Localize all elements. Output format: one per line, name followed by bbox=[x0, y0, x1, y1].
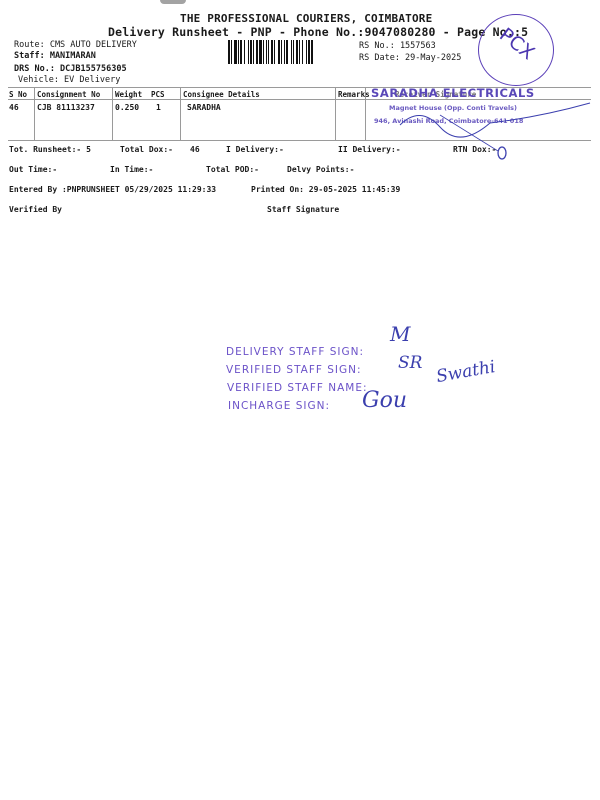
in-time: In Time:- bbox=[110, 165, 153, 174]
verified-staff-signature: SR bbox=[398, 353, 422, 373]
rs-date: RS Date: 29-May-2025 bbox=[359, 53, 461, 63]
total-pod: Total POD:- bbox=[206, 165, 259, 174]
verified-by: Verified By bbox=[9, 205, 62, 214]
col-header-remarks: Remarks bbox=[338, 90, 370, 99]
verified-staff-name-label: VERIFIED STAFF NAME: bbox=[227, 382, 368, 394]
tot-runsheet: Tot. Runsheet:- 5 bbox=[9, 145, 91, 154]
total-dox-label: Total Dox:- bbox=[120, 145, 173, 154]
col-divider bbox=[180, 87, 181, 140]
vehicle-label: Vehicle: EV Delivery bbox=[18, 75, 120, 85]
rtn-dox-handwritten-zero bbox=[494, 140, 510, 162]
out-time: Out Time:- bbox=[9, 165, 57, 174]
cell-consignee: SARADHA bbox=[187, 103, 221, 112]
cell-consignment: CJB 81113237 bbox=[37, 103, 95, 112]
col-divider bbox=[112, 87, 113, 140]
incharge-signature: Gou bbox=[362, 388, 407, 413]
scan-mark bbox=[160, 0, 186, 4]
total-dox-value: 46 bbox=[190, 145, 200, 154]
runsheet-subtitle: Delivery Runsheet - PNP - Phone No.:9047… bbox=[108, 25, 528, 39]
staff-signature: Staff Signature bbox=[267, 205, 339, 214]
delvy-points: Delvy Points:- bbox=[287, 165, 354, 174]
col-header-sno: S No bbox=[9, 90, 27, 99]
barcode bbox=[228, 40, 352, 64]
col-header-consignee: Consignee Details bbox=[183, 90, 260, 99]
col-header-pcs: PCS bbox=[151, 90, 165, 99]
company-title: THE PROFESSIONAL COURIERS, COIMBATORE bbox=[180, 12, 432, 25]
col-divider bbox=[335, 87, 336, 140]
delivery-staff-signature: M bbox=[390, 322, 410, 346]
verified-staff-name: Swathi bbox=[435, 357, 497, 387]
ii-delivery: II Delivery:- bbox=[338, 145, 401, 154]
cell-sno: 46 bbox=[9, 103, 19, 112]
verified-staff-sign-label: VERIFIED STAFF SIGN: bbox=[226, 364, 362, 376]
col-divider bbox=[34, 87, 35, 140]
incharge-sign-label: INCHARGE SIGN: bbox=[228, 400, 330, 412]
i-delivery: I Delivery:- bbox=[226, 145, 284, 154]
staff-label: Staff: MANIMARAN bbox=[14, 51, 96, 61]
delivery-staff-sign-label: DELIVERY STAFF SIGN: bbox=[226, 346, 364, 358]
printed-on: Printed On: 29-05-2025 11:45:39 bbox=[251, 185, 400, 194]
route-label: Route: CMS AUTO DELIVERY bbox=[14, 40, 137, 50]
drs-number: DRS No.: DCJB155756305 bbox=[14, 64, 127, 74]
cell-weight: 0.250 bbox=[115, 103, 139, 112]
cell-pcs: 1 bbox=[156, 103, 161, 112]
col-header-weight: Weight bbox=[115, 90, 142, 99]
entered-by: Entered By :PNPRUNSHEET 05/29/2025 11:29… bbox=[9, 185, 216, 194]
rs-number: RS No.: 1557563 bbox=[359, 41, 436, 51]
rtn-dox: RTN Dox:- bbox=[453, 145, 496, 154]
col-header-consignment: Consignment No bbox=[37, 90, 100, 99]
